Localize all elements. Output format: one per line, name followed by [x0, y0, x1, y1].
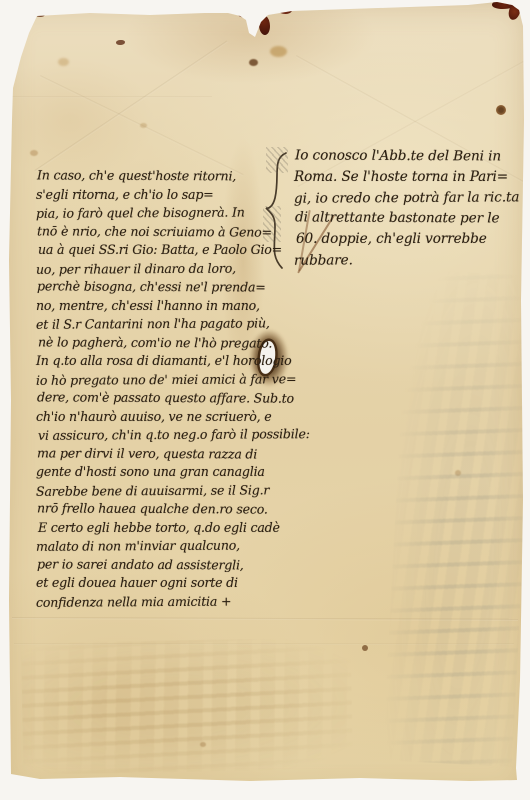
handwritten-right-column: Io conosco l'Abb.te del Beni inRoma. Se … [294, 146, 528, 271]
handwritten-line: In q.to alla rosa di diamanti, e'l horol… [36, 352, 294, 371]
handwritten-line: dere, com'è passato questo affare. Sub.t… [37, 388, 294, 408]
handwritten-line: et egli douea hauer ogni sorte di [36, 574, 294, 593]
handwritten-line: s'egli ritorna, e ch'io lo sap= [36, 186, 294, 205]
handwritten-line: ch'io n'haurò auuiso, ve ne scriuerò, e [36, 408, 294, 427]
handwritten-line: rubbare. [294, 249, 528, 271]
handwritten-line: ua à quei SS.ri Gio: Batta, e Paolo Gio= [38, 241, 294, 260]
wax-seal-remnant [36, 13, 45, 17]
handwritten-line: pia, io farò quel che bisognerà. In [36, 203, 294, 223]
handwritten-line: confidenza nella mia amicitia + [36, 592, 294, 612]
wax-seal-remnant [116, 40, 125, 45]
wax-seal-remnant [252, 1, 276, 15]
fold-crease [14, 643, 514, 645]
handwritten-line: di altrettante bastonate per le [295, 208, 528, 230]
handwritten-line: uo, per rihauer il dinaro da loro, [36, 259, 294, 279]
stain-spot [200, 742, 206, 747]
handwritten-left-column: In caso, ch'e quest'hoste ritorni,s'egli… [36, 167, 294, 611]
scan-background: In caso, ch'e quest'hoste ritorni,s'egli… [0, 0, 530, 800]
handwritten-line: et il S.r Cantarini non l'ha pagato più, [36, 314, 294, 334]
handwritten-line: Io conosco l'Abb.te del Beni in [295, 145, 528, 167]
stain-spot [58, 58, 69, 66]
handwritten-line: ma per dirvi il vero, questa razza di [37, 444, 294, 464]
stain-spot [496, 105, 506, 115]
handwritten-line: gente d'hosti sono una gran canaglia [36, 463, 294, 482]
stain-spot [30, 150, 38, 156]
wax-seal-remnant [276, 4, 292, 15]
handwritten-line: per io sarei andato ad assistergli, [37, 555, 294, 575]
handwritten-line: vi assicuro, ch'in q.to neg.o farò il po… [38, 425, 294, 445]
fold-crease [12, 96, 212, 98]
wax-seal-remnant [235, 6, 255, 20]
handwritten-line: perchè bisogna, ch'essi ne'l prenda= [37, 277, 294, 297]
fold-crease [12, 617, 518, 621]
handwritten-line: io hò pregato uno de' miei amici à far v… [36, 370, 294, 390]
stain-spot [270, 46, 287, 57]
stain-spot [249, 59, 258, 66]
handwritten-line: nrō frello hauea qualche den.ro seco. [37, 499, 294, 519]
bleed-through-text [382, 269, 530, 767]
handwritten-line: In caso, ch'e quest'hoste ritorni, [37, 166, 294, 186]
bleed-through-text [21, 637, 353, 775]
handwritten-line: E certo egli hebbe torto, q.do egli cadè [38, 519, 294, 538]
handwritten-line: gi, io credo che potrà far la ric.ta [294, 187, 528, 209]
handwritten-line: tnō è nrio, che noi scriuiamo à Geno= [37, 222, 294, 242]
stain-spot [140, 123, 147, 128]
handwritten-line: no, mentre, ch'essi l'hanno in mano, [36, 297, 294, 316]
wax-seal-remnant [258, 15, 272, 35]
letter-paper: In caso, ch'e quest'hoste ritorni,s'egli… [0, 0, 530, 800]
handwritten-line: Sarebbe bene di auuisarmi, se il Sig.r [36, 481, 294, 501]
stain-spot [362, 645, 368, 651]
stain-spot [455, 470, 461, 476]
handwritten-line: Roma. Se l'hoste torna in Pari= [294, 167, 528, 188]
handwritten-line: nè lo pagherà, com'io ne l'hò pregato. [38, 333, 294, 353]
handwritten-line: malato di non m'inviar qualcuno, [36, 536, 294, 556]
handwritten-line: 60. doppie, ch'egli vorrebbe [296, 229, 528, 250]
